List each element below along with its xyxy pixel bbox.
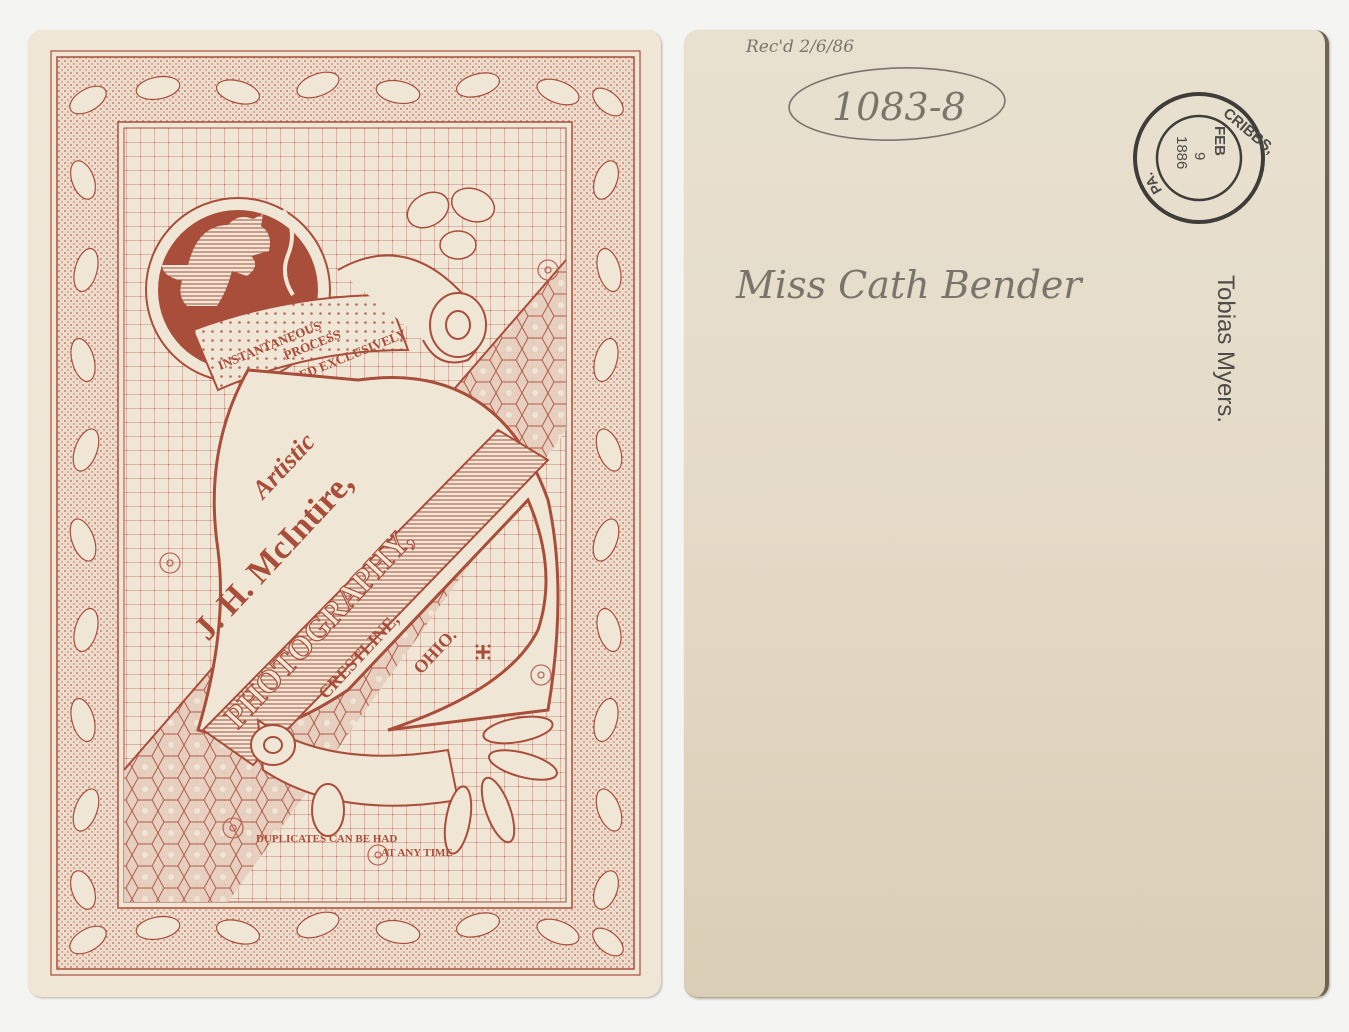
cabinet-card-front: INSTANTANEOUS PROCESS USED EXCLUSIVELY A… (28, 30, 661, 997)
star-ornament-icon (476, 645, 491, 660)
recipient-name: Miss Cath Bender (735, 263, 1084, 307)
received-date-note: Rec'd 2/6/86 (745, 37, 854, 57)
postmark-month: FEB (1211, 126, 1228, 156)
front-card-artwork: INSTANTANEOUS PROCESS USED EXCLUSIVELY A… (28, 30, 661, 997)
catalog-number: 1083-8 (832, 85, 966, 129)
duplicates-line-1: DUPLICATES CAN BE HAD (256, 833, 397, 845)
cribbs-postmark: FEB 9 1886 CRIBBS, PA. (1119, 78, 1279, 238)
postmark-year: 1886 (1173, 136, 1190, 169)
back-card-markings: Rec'd 2/6/86 1083-8 Miss Cath Bender FEB… (684, 30, 1325, 997)
postmaster-stamp: Tobias Myers. (1212, 275, 1239, 423)
duplicates-line-2: AT ANY TIME (381, 847, 453, 859)
cabinet-card-back: Rec'd 2/6/86 1083-8 Miss Cath Bender FEB… (684, 30, 1329, 998)
postmark-day: 9 (1191, 152, 1208, 160)
